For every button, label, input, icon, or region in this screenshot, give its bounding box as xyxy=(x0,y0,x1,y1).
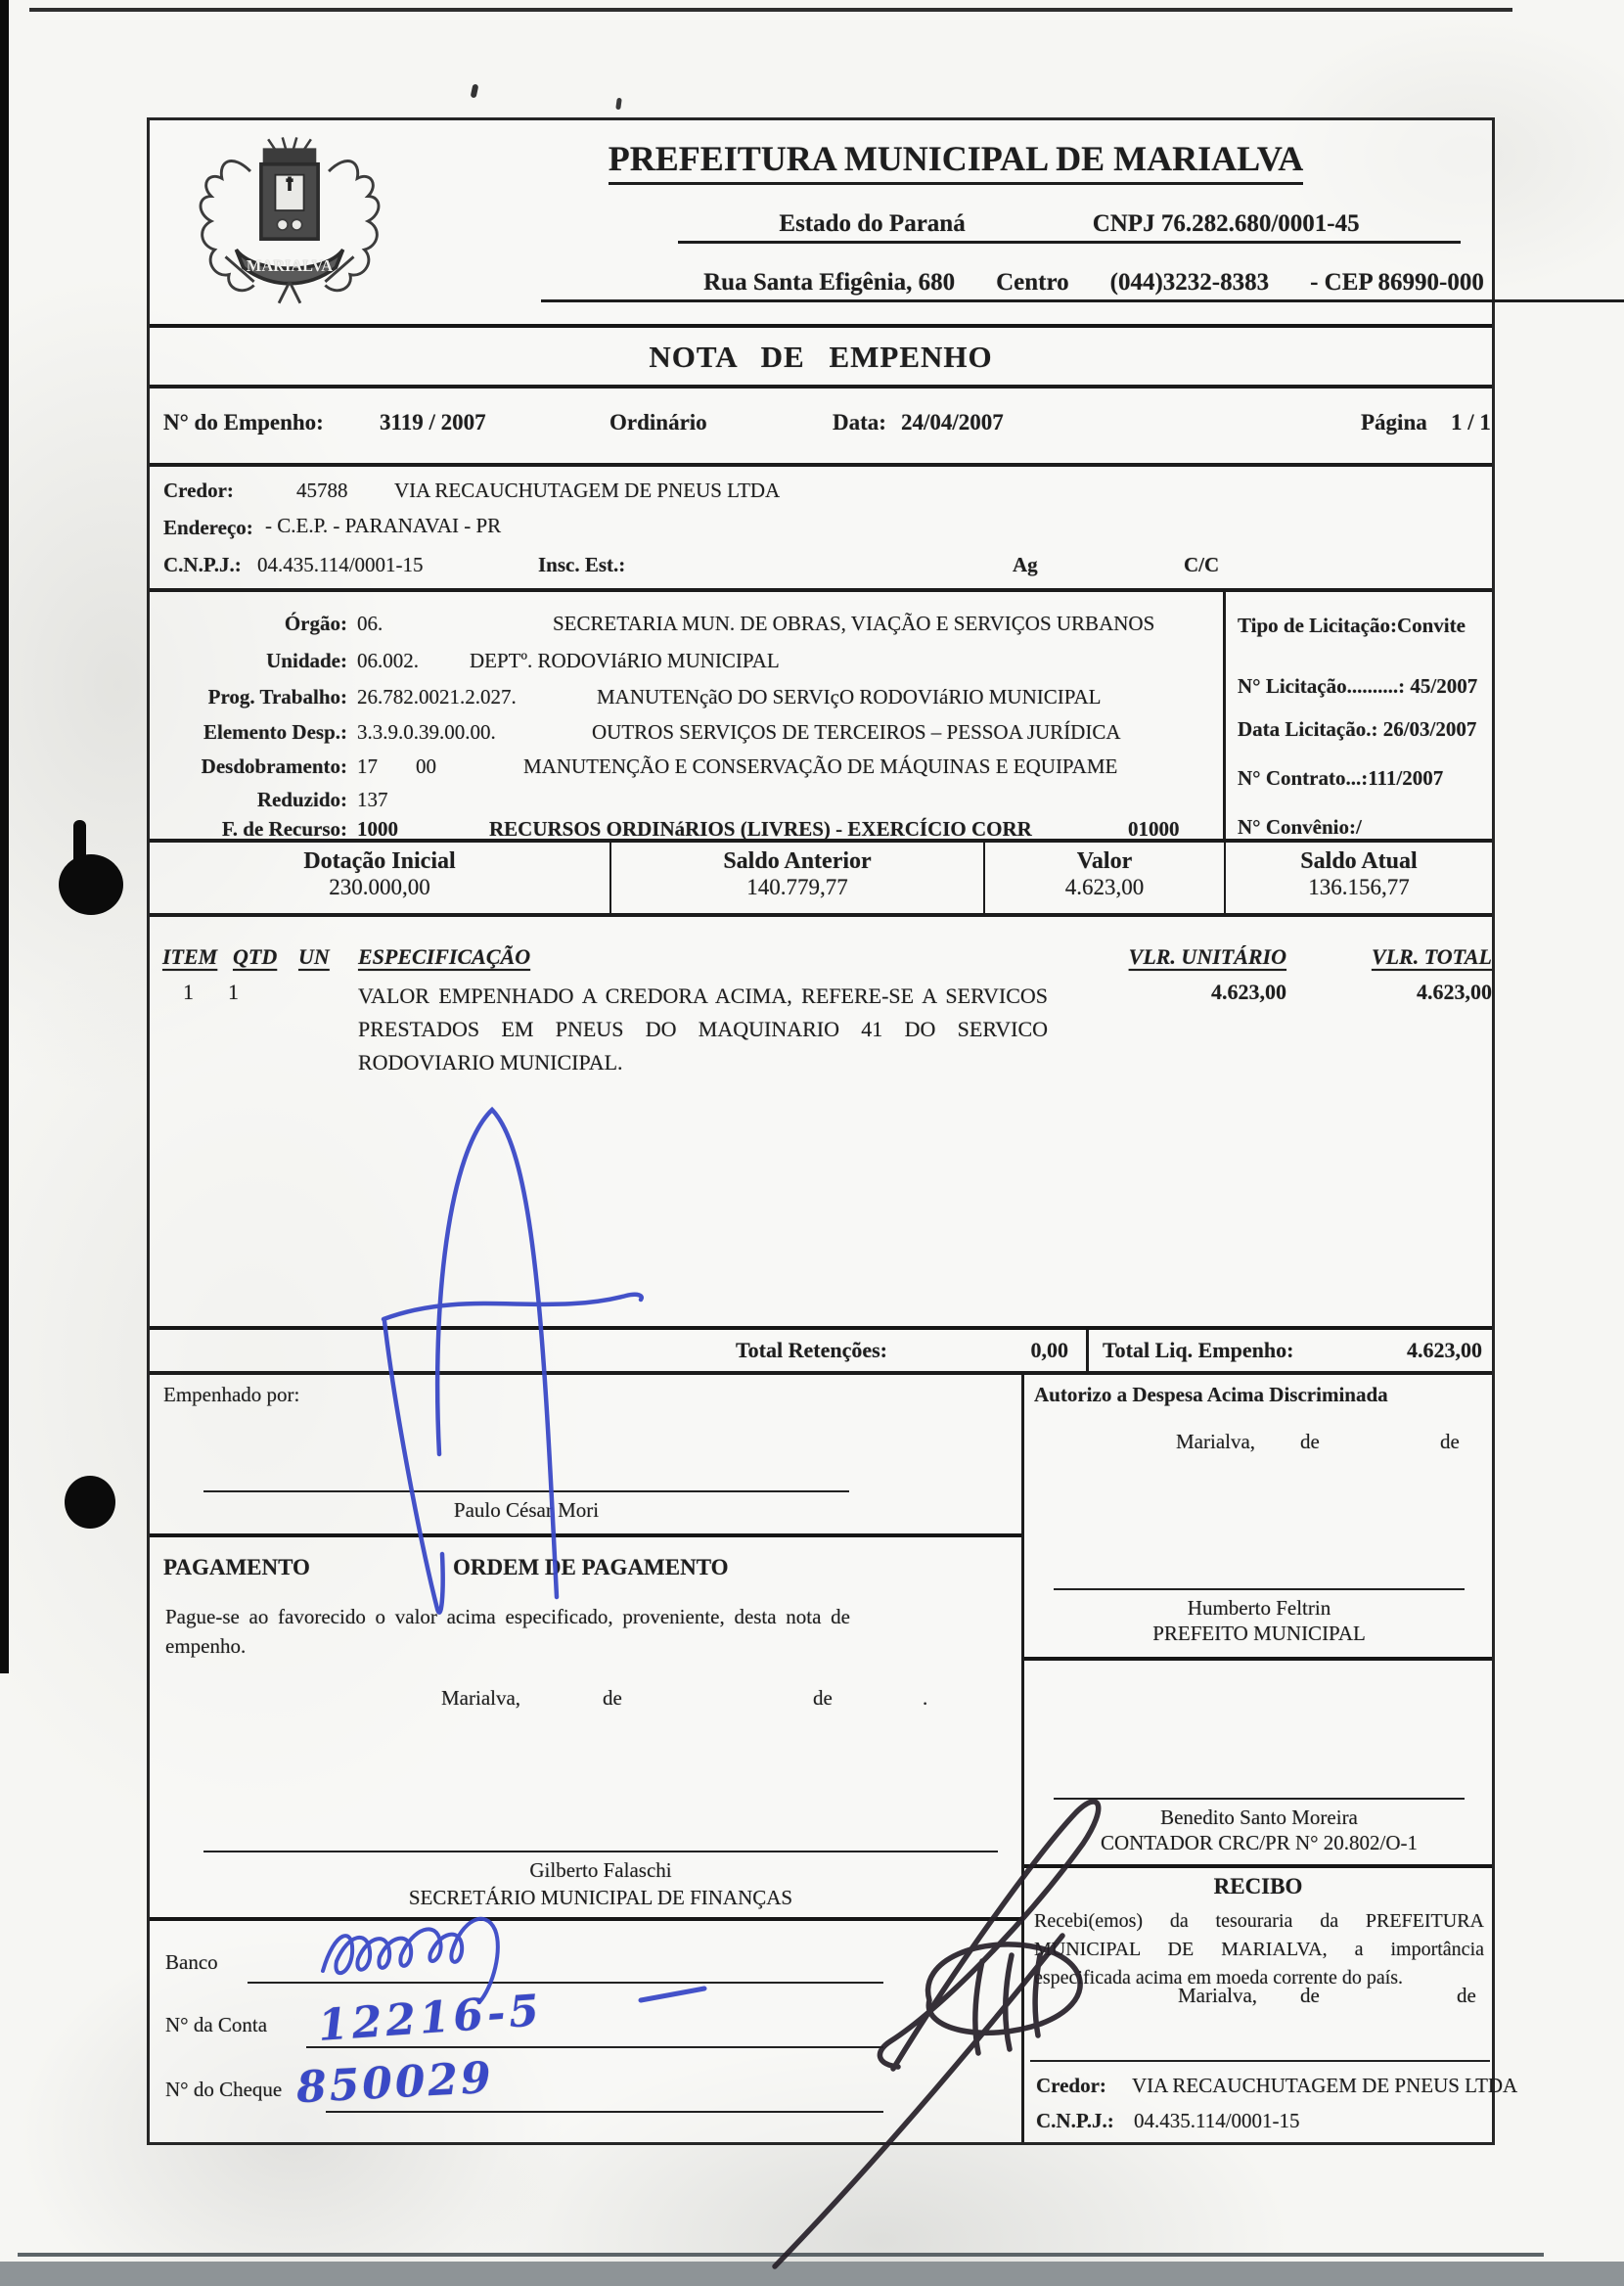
agreement-number: N° Convênio:/ xyxy=(1238,815,1362,840)
elemento-label: Elemento Desp.: xyxy=(159,720,347,745)
fonte-recurso-label: F. de Recurso: xyxy=(159,817,347,842)
desdobramento-code2: 00 xyxy=(416,754,523,779)
desdobramento-row: Desdobramento:1700MANUTENÇÃO E CONSERVAÇ… xyxy=(159,754,1117,779)
signer-gilberto-falaschi: Gilberto Falaschi xyxy=(203,1858,998,1883)
cheque-label: N° do Cheque xyxy=(165,2078,282,2102)
signature-line xyxy=(203,1851,998,1852)
totals-retencoes-value: 0,00 xyxy=(887,1338,1068,1363)
city-date-line: Marialva, xyxy=(1176,1430,1255,1454)
fonte-recurso-row: F. de Recurso:1000RECURSOS ORDINáRIOS (L… xyxy=(159,817,1032,842)
period-mark: . xyxy=(923,1686,927,1711)
items-header-un: UN xyxy=(298,944,330,970)
ink-blot-small xyxy=(65,1476,115,1529)
pagamento-title: PAGAMENTO xyxy=(163,1555,310,1580)
agency-label: Ag xyxy=(1013,553,1038,577)
signature-line xyxy=(1054,1588,1465,1590)
scan-edge-left xyxy=(0,0,9,1673)
reduzido-row: Reduzido:137 xyxy=(159,788,388,812)
de-word: de xyxy=(1457,1984,1476,2008)
unidade-code: 06.002. xyxy=(357,649,470,673)
pagamento-text: Pague-se ao favorecido o valor acima esp… xyxy=(165,1602,850,1661)
budget-section: Órgão:06.SECRETARIA MUN. DE OBRAS, VIAÇÃ… xyxy=(150,592,1492,843)
elemento-desc: OUTROS SERVIÇOS DE TERCEIROS – PESSOA JU… xyxy=(592,720,1121,744)
balance-value: 136.156,77 xyxy=(1226,875,1492,900)
items-header-espec: ESPECIFICAÇÃO xyxy=(358,944,530,970)
balance-header: Saldo Atual xyxy=(1226,848,1492,875)
divider-line xyxy=(1024,1864,1492,1868)
item-number: 1 xyxy=(183,980,194,1005)
account-label: C/C xyxy=(1184,553,1219,577)
totals-retencoes-cell: Total Retenções: 0,00 xyxy=(150,1330,1089,1371)
prog-trabalho-desc: MANUTENçãO DO SERVIçO RODOVIáRIO MUNICIP… xyxy=(597,685,1102,709)
scanned-page: { "colors": {"pen_blue": "#3a49c6", "pen… xyxy=(0,0,1624,2286)
totals-liq-cell: Total Liq. Empenho: 4.623,00 xyxy=(1089,1330,1492,1371)
fonte-recurso-code: 1000 xyxy=(357,817,489,842)
authorization-column: Autorizo a Despesa Acima Discriminada Ma… xyxy=(1024,1375,1492,2142)
ink-blot-large xyxy=(59,854,123,915)
scan-speck-1 xyxy=(471,84,479,99)
balance-value: 230.000,00 xyxy=(150,875,609,900)
balance-cell-anterior: Saldo Anterior 140.779,77 xyxy=(611,843,985,913)
doc-title-band: NOTA DE EMPENHO xyxy=(150,324,1492,389)
conta-label: N° da Conta xyxy=(165,2013,267,2037)
scan-edge-bottom-band xyxy=(0,2262,1624,2286)
totals-liq-value: 4.623,00 xyxy=(1407,1338,1482,1363)
divider-line xyxy=(150,1917,1021,1921)
prog-trabalho-label: Prog. Trabalho: xyxy=(159,685,347,709)
elemento-code: 3.3.9.0.39.00.00. xyxy=(357,720,592,745)
conta-underline xyxy=(306,2046,883,2048)
orgao-code: 06. xyxy=(357,612,553,636)
divider-line xyxy=(150,1533,1021,1537)
header-section: MARIALVA PREFEITURA MUNICIPAL DE MARIALV… xyxy=(150,120,1492,324)
fonte-recurso-desc: RECURSOS ORDINáRIOS (LIVRES) - EXERCÍCIO… xyxy=(489,817,1032,841)
recibo-text: Recebi(emos) da tesouraria da PREFEITURA… xyxy=(1034,1907,1484,1992)
header-phone: (044)3232-8383 xyxy=(1110,269,1269,297)
empenho-number-value: 3119 / 2007 xyxy=(380,410,486,435)
header-state: Estado do Paraná xyxy=(779,210,965,238)
items-header-vlr-total: VLR. TOTAL xyxy=(1333,944,1492,970)
balances-table: Dotação Inicial 230.000,00 Saldo Anterio… xyxy=(150,843,1492,917)
balance-cell-atual: Saldo Atual 136.156,77 xyxy=(1226,843,1492,913)
unidade-row: Unidade:06.002.DEPTº. RODOVIáRIO MUNICIP… xyxy=(159,649,780,673)
desdobramento-label: Desdobramento: xyxy=(159,754,347,779)
signer-gilberto-role: SECRETÁRIO MUNICIPAL DE FINANÇAS xyxy=(203,1886,998,1910)
footer-credor-label: Credor: xyxy=(1036,2074,1106,2098)
fonte-recurso-code2: 01000 xyxy=(1128,817,1180,842)
scan-edge-bottom-line xyxy=(18,2253,1544,2257)
city-date-line: Marialva, xyxy=(441,1686,520,1711)
empenho-date-label: Data: xyxy=(833,410,886,435)
header-address: Rua Santa Efigênia, 680 xyxy=(703,269,955,297)
balance-value: 4.623,00 xyxy=(985,875,1224,900)
ordem-pagamento-title: ORDEM DE PAGAMENTO xyxy=(453,1555,729,1580)
bidding-number: N° Licitação..........: 45/2007 xyxy=(1238,674,1477,699)
de-word: de xyxy=(1440,1430,1460,1454)
empenho-type: Ordinário xyxy=(609,410,707,435)
totals-retencoes-label: Total Retenções: xyxy=(736,1338,887,1363)
orgao-row: Órgão:06.SECRETARIA MUN. DE OBRAS, VIAÇÃ… xyxy=(159,612,1154,636)
reduzido-label: Reduzido: xyxy=(159,788,347,812)
bidding-type: Tipo de Licitação:Convite xyxy=(1238,614,1466,638)
unidade-label: Unidade: xyxy=(159,649,347,673)
balance-cell-dotacao: Dotação Inicial 230.000,00 xyxy=(150,843,611,913)
signer-benedito-role: CONTADOR CRC/PR N° 20.802/O-1 xyxy=(1054,1831,1465,1855)
totals-row: Total Retenções: 0,00 Total Liq. Empenho… xyxy=(150,1326,1492,1375)
empenho-number-label: N° do Empenho: xyxy=(163,410,324,435)
reduzido-code: 137 xyxy=(357,788,388,812)
item-description: VALOR EMPENHADO A CREDORA ACIMA, REFERE-… xyxy=(358,980,1048,1079)
balance-header: Dotação Inicial xyxy=(150,848,609,875)
header-cnpj: CNPJ 76.282.680/0001-45 xyxy=(1093,210,1360,238)
signer-humberto-role: PREFEITO MUNICIPAL xyxy=(1054,1622,1465,1646)
doc-title: NOTA DE EMPENHO xyxy=(649,340,992,374)
header-district: Centro xyxy=(996,269,1069,297)
banco-label: Banco xyxy=(165,1950,218,1975)
desdobramento-desc: MANUTENÇÃO E CONSERVAÇÃO DE MÁQUINAS E E… xyxy=(523,754,1117,778)
budget-left-block: Órgão:06.SECRETARIA MUN. DE OBRAS, VIAÇÃ… xyxy=(150,592,1226,839)
bidding-column: Tipo de Licitação:Convite N° Licitação..… xyxy=(1226,592,1492,839)
orgao-label: Órgão: xyxy=(159,612,347,636)
cheque-handwritten-value: 850029 xyxy=(295,2053,495,2113)
conta-handwritten-value: 12216-5 xyxy=(317,1986,545,2051)
creditor-address-label: Endereço: xyxy=(163,516,253,540)
empenho-date-value: 24/04/2007 xyxy=(901,410,1004,435)
page-label: Página xyxy=(1361,410,1427,435)
signer-humberto-feltrin: Humberto Feltrin xyxy=(1054,1596,1465,1621)
unidade-desc: DEPTº. RODOVIáRIO MUNICIPAL xyxy=(470,649,780,672)
empenho-number-row: N° do Empenho: 3119 / 2007 Ordinário Dat… xyxy=(150,389,1492,467)
divider-line xyxy=(1030,2060,1490,2062)
balance-header: Saldo Anterior xyxy=(611,848,983,875)
signatures-section: Empenhado por: Paulo César Mori PAGAMENT… xyxy=(150,1375,1492,2142)
orgao-desc: SECRETARIA MUN. DE OBRAS, VIAÇÃO E SERVI… xyxy=(553,612,1154,635)
recibo-title: RECIBO xyxy=(1024,1874,1492,1899)
items-header-qtd: QTD xyxy=(233,944,277,970)
header-title: PREFEITURA MUNICIPAL DE MARIALVA xyxy=(609,138,1303,185)
divider-line xyxy=(1024,1657,1492,1661)
empenhado-por-label: Empenhado por: xyxy=(163,1383,299,1407)
balance-value: 140.779,77 xyxy=(611,875,983,900)
items-header-vlr-unitario: VLR. UNITÁRIO xyxy=(1118,944,1286,970)
signature-line xyxy=(203,1490,849,1492)
city-date-line: Marialva, xyxy=(1178,1984,1257,2008)
item-vlr-unitario: 4.623,00 xyxy=(1118,980,1286,1005)
item-qtd: 1 xyxy=(228,980,239,1005)
footer-cnpj-value: 04.435.114/0001-15 xyxy=(1134,2109,1300,2133)
balance-cell-valor: Valor 4.623,00 xyxy=(985,843,1226,913)
header-cep: - CEP 86990-000 xyxy=(1310,269,1484,297)
de-word: de xyxy=(603,1686,622,1711)
items-header-item: ITEM xyxy=(162,944,217,970)
creditor-label: Credor: xyxy=(163,479,234,503)
nota-de-empenho-document: MARIALVA PREFEITURA MUNICIPAL DE MARIALV… xyxy=(147,117,1495,2145)
footer-cnpj-label: C.N.P.J.: xyxy=(1036,2109,1114,2133)
balance-header: Valor xyxy=(985,848,1224,875)
item-vlr-total: 4.623,00 xyxy=(1333,980,1492,1005)
logo-ribbon-text: MARIALVA xyxy=(247,256,333,275)
de-word: de xyxy=(1300,1984,1320,2008)
de-word: de xyxy=(1300,1430,1320,1454)
totals-liq-label: Total Liq. Empenho: xyxy=(1103,1338,1293,1363)
creditor-cnpj-value: 04.435.114/0001-15 xyxy=(257,553,424,577)
cheque-underline xyxy=(326,2111,883,2113)
scan-speck-2 xyxy=(615,98,622,111)
state-registration-label: Insc. Est.: xyxy=(538,553,625,577)
signer-benedito-moreira: Benedito Santo Moreira xyxy=(1054,1806,1465,1830)
creditor-name: VIA RECAUCHUTAGEM DE PNEUS LTDA xyxy=(394,479,780,503)
creditor-section: Credor: 45788 VIA RECAUCHUTAGEM DE PNEUS… xyxy=(150,467,1492,592)
desdobramento-code: 17 xyxy=(357,754,416,779)
signer-paulo-cesar-mori: Paulo César Mori xyxy=(203,1498,849,1523)
prog-trabalho-code: 26.782.0021.2.027. xyxy=(357,685,597,709)
scan-edge-top-line xyxy=(29,8,1512,12)
de-word: de xyxy=(813,1686,833,1711)
prog-trabalho-row: Prog. Trabalho:26.782.0021.2.027.MANUTEN… xyxy=(159,685,1102,709)
elemento-row: Elemento Desp.:3.3.9.0.39.00.00.OUTROS S… xyxy=(159,720,1121,745)
creditor-code: 45788 xyxy=(296,479,348,503)
creditor-cnpj-label: C.N.P.J.: xyxy=(163,553,242,577)
municipal-coat-of-arms-icon: MARIALVA xyxy=(167,132,412,310)
banco-underline xyxy=(248,1982,883,1984)
footer-credor-name: VIA RECAUCHUTAGEM DE PNEUS LTDA xyxy=(1132,2074,1517,2098)
items-section: ITEM QTD UN ESPECIFICAÇÃO VLR. UNITÁRIO … xyxy=(150,917,1492,1326)
creditor-address-value: - C.E.P. - PARANAVAI - PR xyxy=(265,514,501,538)
signature-line xyxy=(1054,1798,1465,1800)
payment-column: Empenhado por: Paulo César Mori PAGAMENT… xyxy=(150,1375,1024,2142)
autorizo-title: Autorizo a Despesa Acima Discriminada xyxy=(1034,1383,1388,1407)
contract-number: N° Contrato...:111/2007 xyxy=(1238,766,1443,791)
page-value: 1 / 1 xyxy=(1451,410,1491,435)
bidding-date: Data Licitação.: 26/03/2007 xyxy=(1238,717,1476,742)
